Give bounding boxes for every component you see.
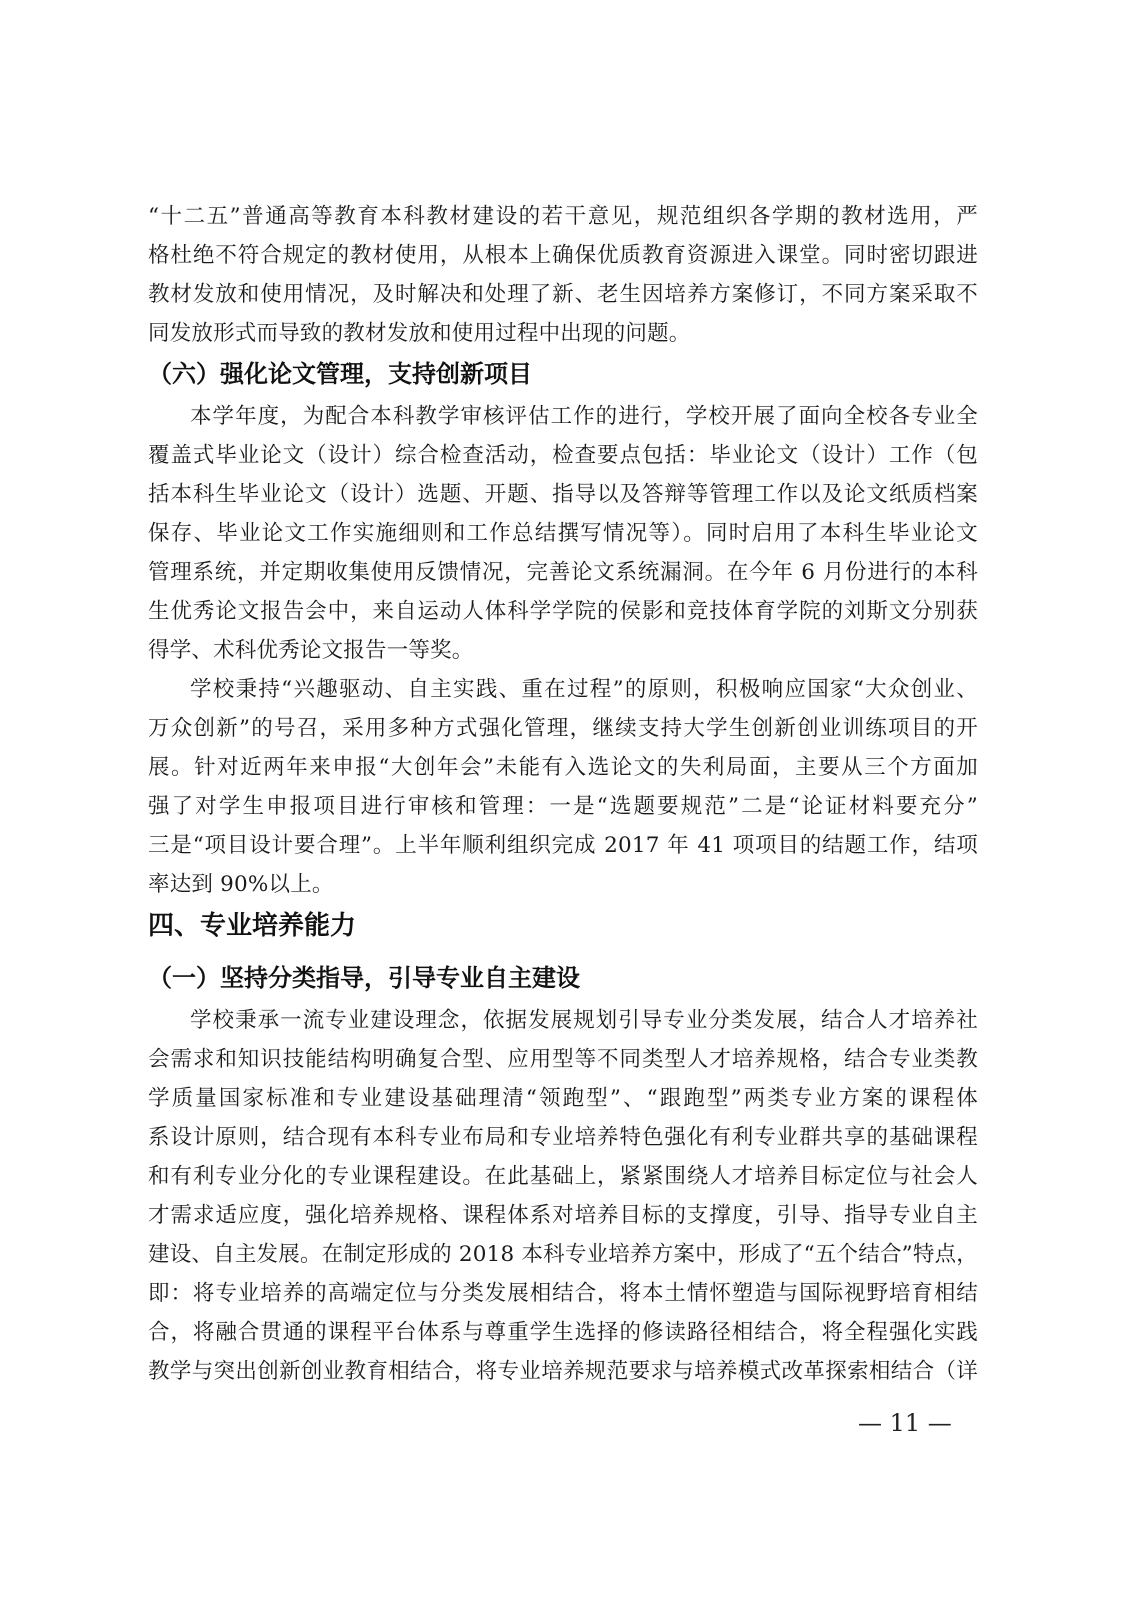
paragraph-line: 强了对学生申报项目进行审核和管理：一是“选题要规范”二是“论证材料要充分” <box>148 792 978 822</box>
paragraph-line: 会需求和知识技能结构明确复合型、应用型等不同类型人才培养规格，结合专业类教 <box>148 1045 978 1075</box>
paragraph-line: 同发放形式而导致的教材发放和使用过程中出现的问题。 <box>148 319 978 349</box>
paragraph-line: 得学、术科优秀论文报告一等奖。 <box>148 636 978 666</box>
page-number: — 11 — <box>858 1408 952 1438</box>
paragraph-line: 括本科生毕业论文（设计）选题、开题、指导以及答辩等管理工作以及论文纸质档案 <box>148 480 978 510</box>
paragraph-line: 万众创新”的号召，采用多种方式强化管理，继续支持大学生创新创业训练项目的开 <box>148 714 978 744</box>
chapter-heading: 四、专业培养能力 <box>148 909 356 943</box>
paragraph-line: 率达到 90%以上。 <box>148 870 978 900</box>
paragraph-line: 覆盖式毕业论文（设计）综合检查活动，检查要点包括：毕业论文（设计）工作（包 <box>148 441 978 471</box>
section-heading: （一）坚持分类指导，引导专业自主建设 <box>148 962 580 994</box>
paragraph-line: 学质量国家标准和专业建设基础理清“领跑型”、“跟跑型”两类专业方案的课程体 <box>148 1084 978 1114</box>
paragraph-line: 教材发放和使用情况，及时解决和处理了新、老生因培养方案修订，不同方案采取不 <box>148 280 978 310</box>
paragraph-line: 才需求适应度，强化培养规格、课程体系对培养目标的支撑度，引导、指导专业自主 <box>148 1201 978 1231</box>
paragraph-line: 格杜绝不符合规定的教材使用，从根本上确保优质教育资源进入课堂。同时密切跟进 <box>148 241 978 271</box>
paragraph-line: 教学与突出创新创业教育相结合，将专业培养规范要求与培养模式改革探索相结合（详 <box>148 1357 978 1387</box>
paragraph-line: 建设、自主发展。在制定形成的 2018 本科专业培养方案中，形成了“五个结合”特… <box>148 1240 978 1270</box>
paragraph-line: 学校秉承一流专业建设理念，依据发展规划引导专业分类发展，结合人才培养社 <box>190 1006 978 1036</box>
paragraph-line: “十二五”普通高等教育本科教材建设的若干意见，规范组织各学期的教材选用，严 <box>148 202 978 232</box>
paragraph-line: 系设计原则，结合现有本科专业布局和专业培养特色强化有利专业群共享的基础课程 <box>148 1123 978 1153</box>
paragraph-line: 和有利专业分化的专业课程建设。在此基础上，紧紧围绕人才培养目标定位与社会人 <box>148 1162 978 1192</box>
paragraph-line: 展。针对近两年来申报“大创年会”未能有入选论文的失利局面，主要从三个方面加 <box>148 753 978 783</box>
paragraph-line: 合，将融合贯通的课程平台体系与尊重学生选择的修读路径相结合，将全程强化实践 <box>148 1318 978 1348</box>
paragraph-line: 保存、毕业论文工作实施细则和工作总结撰写情况等）。同时启用了本科生毕业论文 <box>148 519 978 549</box>
paragraph-line: 生优秀论文报告会中，来自运动人体科学学院的侯影和竞技体育学院的刘斯文分别获 <box>148 597 978 627</box>
section-heading: （六）强化论文管理，支持创新项目 <box>148 358 532 390</box>
document-page: “十二五”普通高等教育本科教材建设的若干意见，规范组织各学期的教材选用，严 格杜… <box>0 0 1131 1600</box>
paragraph-line: 即：将专业培养的高端定位与分类发展相结合，将本土情怀塑造与国际视野培育相结 <box>148 1279 978 1309</box>
paragraph-line: 学校秉持“兴趣驱动、自主实践、重在过程”的原则，积极响应国家“大众创业、 <box>190 675 978 705</box>
paragraph-line: 三是“项目设计要合理”。上半年顺利组织完成 2017 年 41 项项目的结题工作… <box>148 831 978 861</box>
paragraph-line: 本学年度，为配合本科教学审核评估工作的进行，学校开展了面向全校各专业全 <box>190 402 978 432</box>
paragraph-line: 管理系统，并定期收集使用反馈情况，完善论文系统漏洞。在今年 6 月份进行的本科 <box>148 558 978 588</box>
